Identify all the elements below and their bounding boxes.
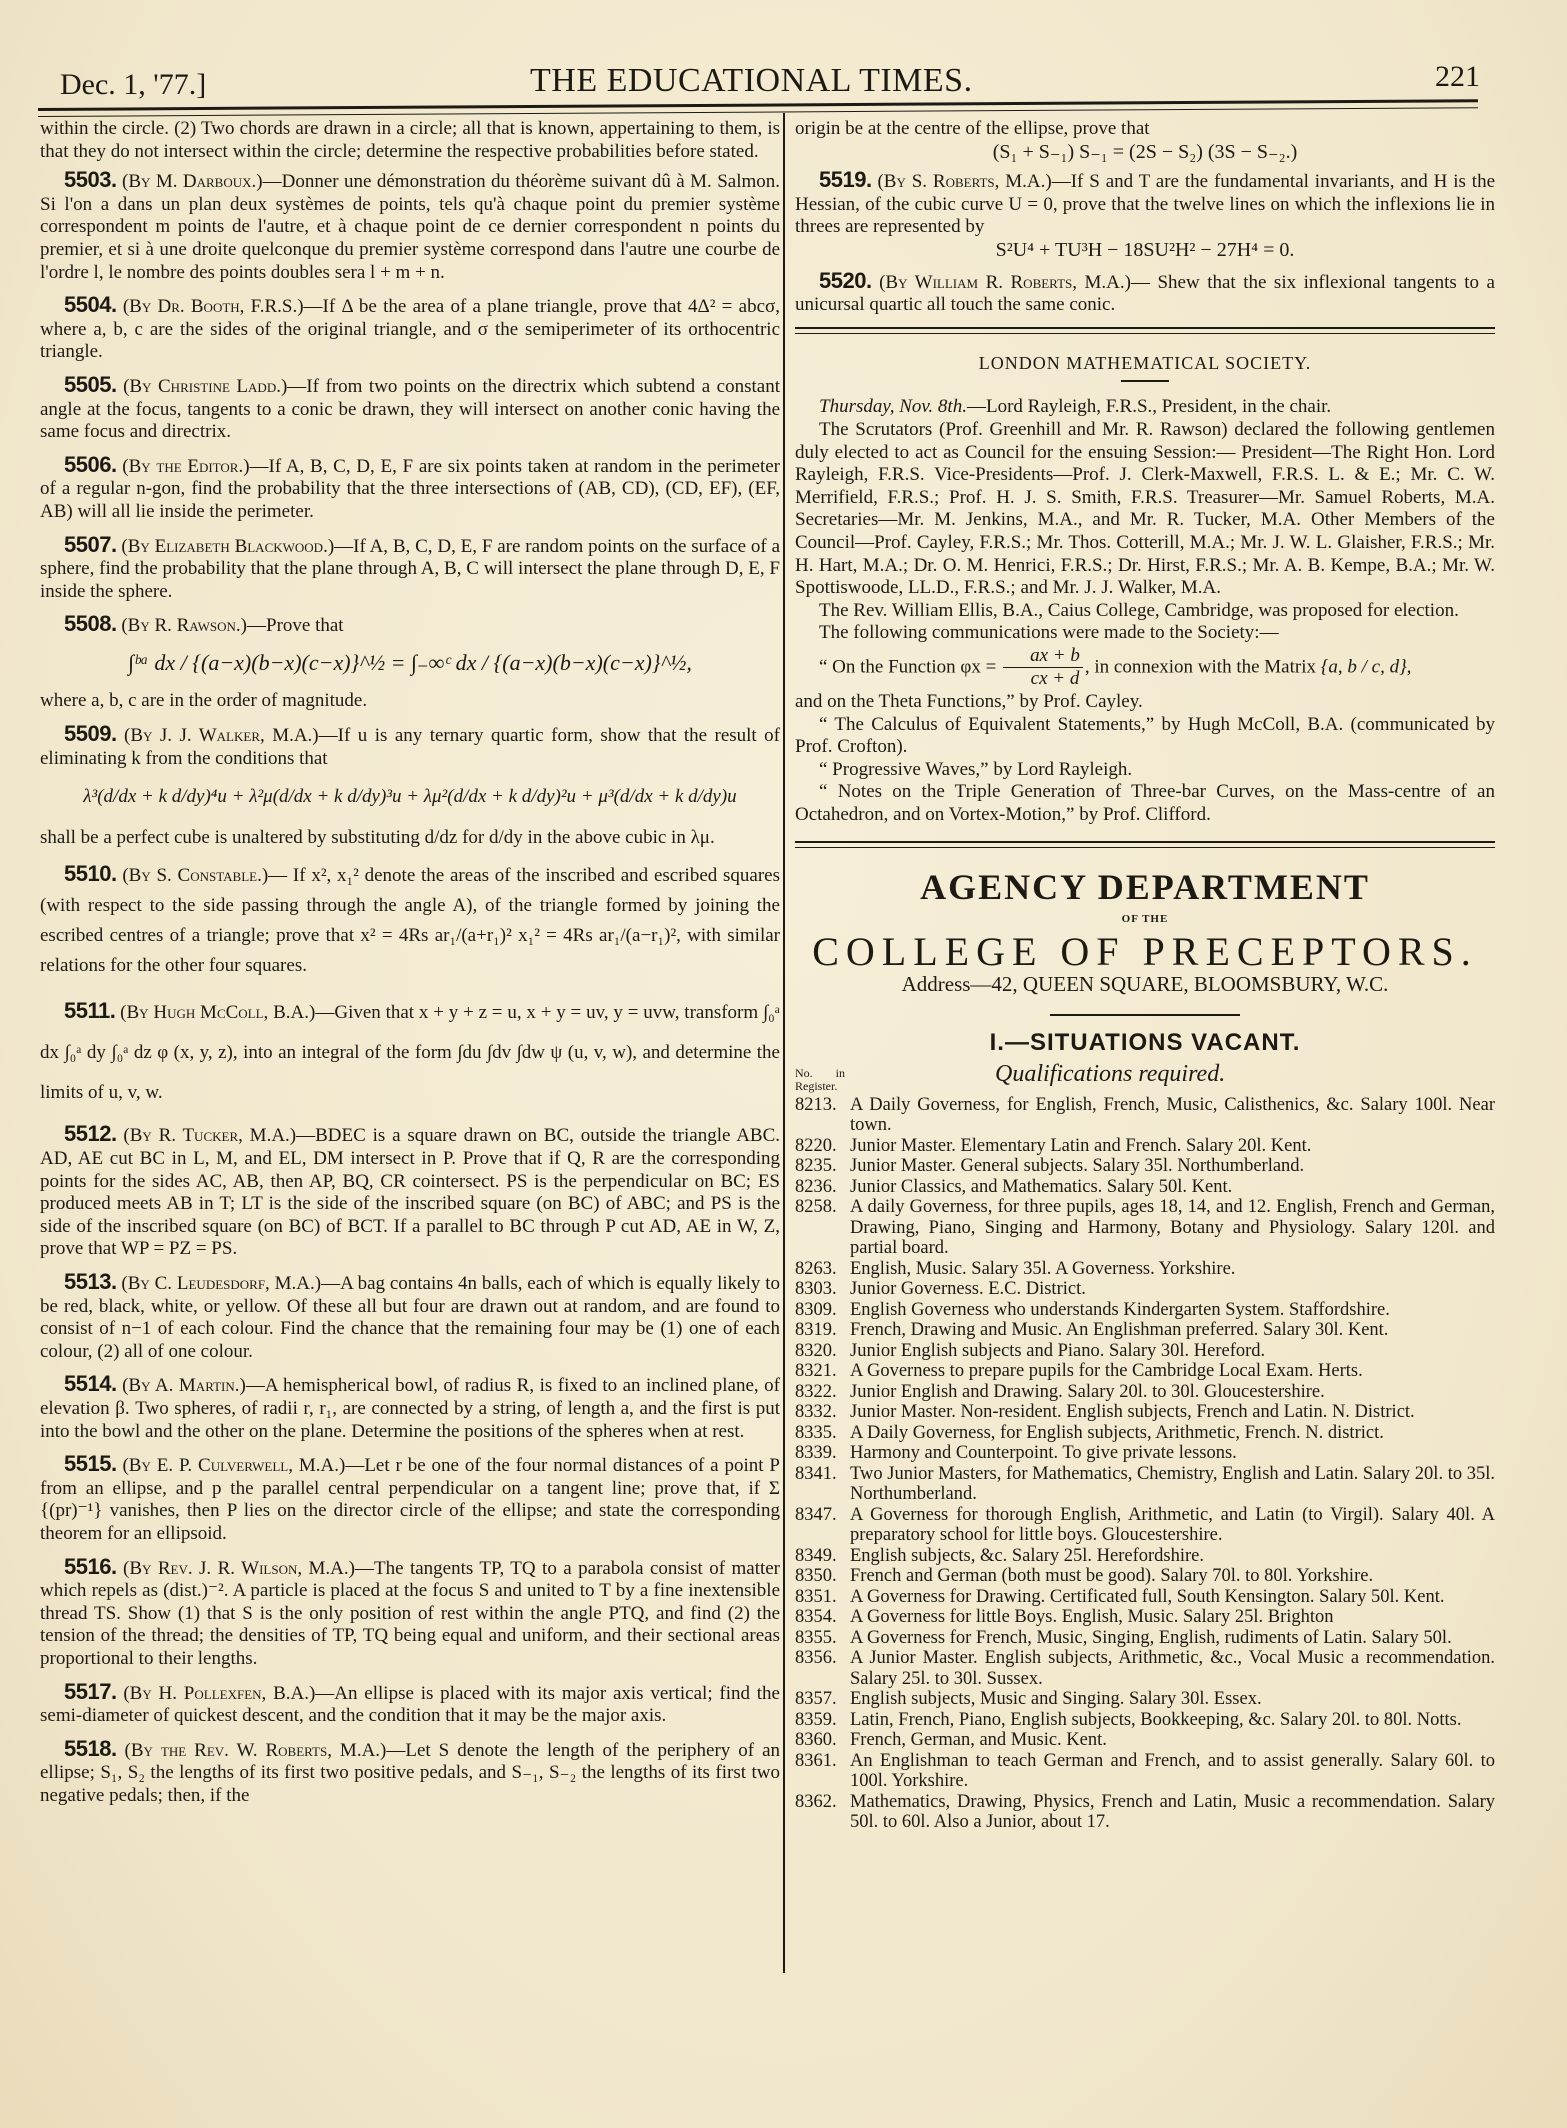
- problem-5515: 5515. (By E. P. Culverwell, M.A.)—Let r …: [40, 1453, 780, 1545]
- newspaper-page: Dec. 1, '77.] THE EDUCATIONAL TIMES. 221…: [0, 0, 1567, 2128]
- section-rule: [795, 327, 1495, 334]
- problem-5506: 5506. (By the Editor.)—If A, B, C, D, E,…: [40, 454, 780, 524]
- list-item: 8322.Junior English and Drawing. Salary …: [795, 1382, 1495, 1403]
- society-comm-1: “ On the Function φx = ax + bcx + d, in …: [795, 645, 1495, 691]
- problem-5517: 5517. (By H. Pollexfen, B.A.)—An ellipse…: [40, 1681, 780, 1728]
- list-item: 8320.Junior English subjects and Piano. …: [795, 1341, 1495, 1362]
- problem-5505: 5505. (By Christine Ladd.)—If from two p…: [40, 374, 780, 444]
- column-divider: [783, 113, 785, 1973]
- list-item: 8321.A Governess to prepare pupils for t…: [795, 1361, 1495, 1382]
- society-comm-intro: The following communications were made t…: [795, 622, 1495, 645]
- problem-5509-after: shall be a perfect cube is unaltered by …: [40, 827, 780, 850]
- society-comm-1-cont: and on the Theta Functions,” by Prof. Ca…: [795, 691, 1495, 714]
- list-item: 8357.English subjects, Music and Singing…: [795, 1689, 1495, 1710]
- list-item: 8258.A daily Governess, for three pupils…: [795, 1197, 1495, 1259]
- section-rule: [795, 841, 1495, 848]
- short-rule: [1050, 1014, 1240, 1016]
- problem-5512: 5512. (By R. Tucker, M.A.)—BDEC is a squ…: [40, 1123, 780, 1261]
- problem-5519: 5519. (By S. Roberts, M.A.)—If S and T a…: [795, 169, 1495, 239]
- list-item: 8355.A Governess for French, Music, Sing…: [795, 1628, 1495, 1649]
- fraction: ax + bcx + d: [1003, 645, 1083, 691]
- society-comm-4: “ Notes on the Triple Generation of Thre…: [795, 781, 1495, 826]
- list-item: 8360.French, German, and Music. Kent.: [795, 1730, 1495, 1751]
- list-item: 8339.Harmony and Counterpoint. To give p…: [795, 1443, 1495, 1464]
- problem-5520: 5520. (By William R. Roberts, M.A.)— She…: [795, 270, 1495, 317]
- list-item: 8235.Junior Master. General subjects. Sa…: [795, 1156, 1495, 1177]
- continuation-text: within the circle. (2) Two chords are dr…: [40, 118, 780, 163]
- continuation-text: origin be at the centre of the ellipse, …: [795, 118, 1495, 141]
- society-title: LONDON MATHEMATICAL SOCIETY.: [795, 352, 1495, 375]
- list-item: 8309.English Governess who understands K…: [795, 1300, 1495, 1321]
- society-comm-2: “ The Calculus of Equivalent Statements,…: [795, 714, 1495, 759]
- list-item: 8354.A Governess for little Boys. Englis…: [795, 1607, 1495, 1628]
- problem-5507: 5507. (By Elizabeth Blackwood.)—If A, B,…: [40, 534, 780, 604]
- list-item: 8319.French, Drawing and Music. An Engli…: [795, 1320, 1495, 1341]
- society-council: The Scrutators (Prof. Greenhill and Mr. …: [795, 419, 1495, 600]
- register-number-label: No. in Register.: [795, 1067, 845, 1093]
- list-item: 8351.A Governess for Drawing. Certificat…: [795, 1587, 1495, 1608]
- agency-of-the: OF THE: [795, 908, 1495, 931]
- page-number: 221: [1435, 60, 1480, 94]
- equation-5518: (S₁ + S₋₁) S₋₁ = (2S − S₂) (3S − S₋₂.): [795, 141, 1495, 164]
- publication-title: THE EDUCATIONAL TIMES.: [530, 62, 973, 100]
- list-item: 8356.A Junior Master. English subjects, …: [795, 1648, 1495, 1689]
- agency-title: AGENCY DEPARTMENT: [795, 876, 1495, 899]
- list-item: 8349.English subjects, &c. Salary 25l. H…: [795, 1546, 1495, 1567]
- problem-5510: 5510. (By S. Constable.)— If x², x₁² den…: [40, 859, 780, 981]
- list-item: 8362.Mathematics, Drawing, Physics, Fren…: [795, 1792, 1495, 1833]
- list-item: 8347.A Governess for thorough English, A…: [795, 1505, 1495, 1546]
- society-proposal: The Rev. William Ellis, B.A., Caius Coll…: [795, 600, 1495, 623]
- problem-5509: 5509. (By J. J. Walker, M.A.)—If u is an…: [40, 723, 780, 770]
- problem-5508-after: where a, b, c are in the order of magnit…: [40, 690, 780, 713]
- list-item: 8361.An Englishman to teach German and F…: [795, 1751, 1495, 1792]
- equation-5519: S²U⁴ + TU³H − 18SU²H² − 27H⁴ = 0.: [795, 239, 1495, 262]
- problem-5513: 5513. (By C. Leudesdorf, M.A.)—A bag con…: [40, 1271, 780, 1363]
- society-comm-3: “ Progressive Waves,” by Lord Rayleigh.: [795, 759, 1495, 782]
- list-item: 8263.English, Music. Salary 35l. A Gover…: [795, 1259, 1495, 1280]
- page-header: Dec. 1, '77.] THE EDUCATIONAL TIMES. 221: [60, 60, 1480, 106]
- list-item: 8303.Junior Governess. E.C. District.: [795, 1279, 1495, 1300]
- problem-5503: 5503. (By M. Darboux.)—Donner une démons…: [40, 169, 780, 284]
- list-item: 8220.Junior Master. Elementary Latin and…: [795, 1136, 1495, 1157]
- list-item: 8213.A Daily Governess, for English, Fre…: [795, 1095, 1495, 1136]
- register-header: No. in Register. Qualifications required…: [795, 1063, 1495, 1095]
- situations-list: 8213.A Daily Governess, for English, Fre…: [795, 1095, 1495, 1833]
- society-meeting: Thursday, Nov. 8th.—Lord Rayleigh, F.R.S…: [795, 396, 1495, 419]
- list-item: 8341.Two Junior Masters, for Mathematics…: [795, 1464, 1495, 1505]
- list-item: 8359.Latin, French, Piano, English subje…: [795, 1710, 1495, 1731]
- list-item: 8236.Junior Classics, and Mathematics. S…: [795, 1177, 1495, 1198]
- issue-date: Dec. 1, '77.]: [60, 68, 206, 102]
- equation-5508: ∫ᵇᵃ dx / {(a−x)(b−x)(c−x)}^½ = ∫₋∞ᶜ dx /…: [40, 652, 780, 675]
- qualifications-label: Qualifications required.: [995, 1063, 1225, 1086]
- short-rule: [1121, 380, 1169, 382]
- problem-5504: 5504. (By Dr. Booth, F.R.S.)—If Δ be the…: [40, 294, 780, 364]
- college-address: Address—42, QUEEN SQUARE, BLOOMSBURY, W.…: [795, 973, 1495, 996]
- equation-5509: λ³(d/dx + k d/dy)⁴u + λ²μ(d/dx + k d/dy)…: [40, 786, 780, 809]
- problem-5511: 5511. (By Hugh McColl, B.A.)—Given that …: [40, 991, 780, 1113]
- situations-vacant-heading: I.—SITUATIONS VACANT.: [795, 1032, 1495, 1055]
- problem-5514: 5514. (By A. Martin.)—A hemispherical bo…: [40, 1373, 780, 1443]
- problem-5508: 5508. (By R. Rawson.)—Prove that: [40, 613, 780, 638]
- left-column: within the circle. (2) Two chords are dr…: [40, 118, 780, 1817]
- right-column: origin be at the centre of the ellipse, …: [795, 118, 1495, 1833]
- list-item: 8332.Junior Master. Non-resident. Englis…: [795, 1402, 1495, 1423]
- list-item: 8335.A Daily Governess, for English subj…: [795, 1423, 1495, 1444]
- problem-5516: 5516. (By Rev. J. R. Wilson, M.A.)—The t…: [40, 1556, 780, 1671]
- college-title: COLLEGE OF PRECEPTORS.: [795, 941, 1495, 964]
- problem-5518: 5518. (By the Rev. W. Roberts, M.A.)—Let…: [40, 1738, 780, 1808]
- list-item: 8350.French and German (both must be goo…: [795, 1566, 1495, 1587]
